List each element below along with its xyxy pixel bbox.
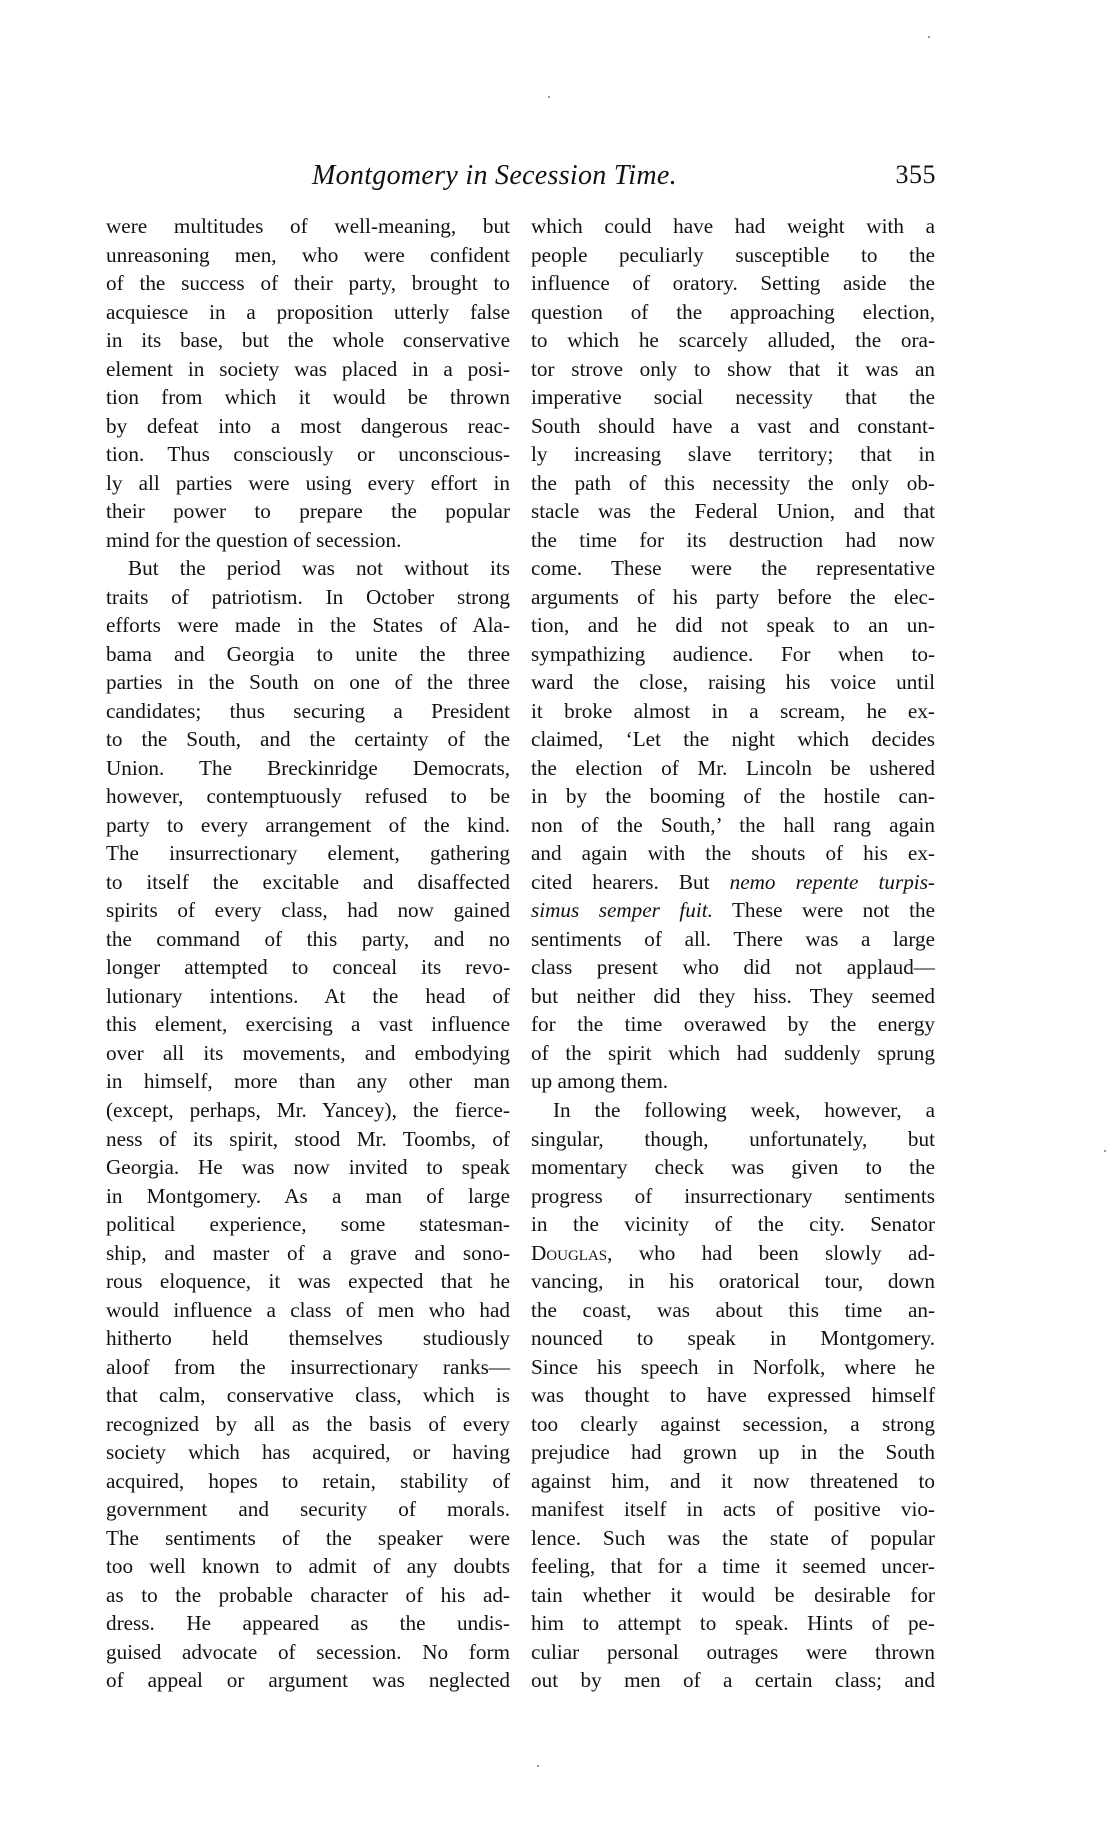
text-line: however, contemptuously refused to be: [106, 782, 510, 811]
text-line: but neither did they hiss. They seemed: [531, 982, 935, 1011]
text-line: progress of insurrectionary sentiments: [531, 1182, 935, 1211]
text-line: party to every arrangement of the kind.: [106, 811, 510, 840]
text-line: tion, and he did not speak to an un-: [531, 611, 935, 640]
text-line: acquired, hopes to retain, stability of: [106, 1467, 510, 1496]
text-line: in Montgomery. As a man of large: [106, 1182, 510, 1211]
book-page: Montgomery in Secession Time. 355 were m…: [0, 0, 1120, 1825]
text-line: Douglas, who had been slowly ad-: [531, 1239, 935, 1268]
text-line: would influence a class of men who had: [106, 1296, 510, 1325]
paragraph: In the following week, however, a singul…: [531, 1096, 935, 1695]
text-line: sympathizing audience. For when to-: [531, 640, 935, 669]
text-line: unreasoning men, who were confident: [106, 241, 510, 270]
text-line: In the following week, however, a: [531, 1096, 935, 1125]
paragraph: which could have had weight with a peopl…: [531, 212, 935, 1096]
text-line: tain whether it would be desirable for: [531, 1581, 935, 1610]
page-number: 355: [896, 160, 937, 190]
text-line: to which he scarcely alluded, the ora-: [531, 326, 935, 355]
text-line: in himself, more than any other man: [106, 1067, 510, 1096]
text-line: aloof from the insurrectionary ranks—: [106, 1353, 510, 1382]
text-line: influence of oratory. Setting aside the: [531, 269, 935, 298]
text-line: imperative social necessity that the: [531, 383, 935, 412]
text-line: lutionary intentions. At the head of: [106, 982, 510, 1011]
scan-speck: [548, 96, 550, 98]
text-line: rous eloquence, it was expected that he: [106, 1267, 510, 1296]
text-line: government and security of morals.: [106, 1495, 510, 1524]
running-title: Montgomery in Secession Time.: [312, 160, 677, 192]
text-line: and again with the shouts of his ex-: [531, 839, 935, 868]
left-column: were multitudes of well-meaning, but unr…: [106, 212, 510, 1695]
text-line: efforts were made in the States of Ala-: [106, 611, 510, 640]
latin-phrase: simus semper fuit.: [531, 898, 713, 922]
text-line: longer attempted to conceal its revo-: [106, 953, 510, 982]
text-line: out by men of a certain class; and: [531, 1666, 935, 1695]
scan-speck: [1104, 1150, 1106, 1152]
text-line: parties in the South on one of the three: [106, 668, 510, 697]
text-line: the election of Mr. Lincoln be ushered: [531, 754, 935, 783]
text-line: people peculiarly susceptible to the: [531, 241, 935, 270]
text-line: acquiesce in a proposition utterly false: [106, 298, 510, 327]
text-line: against him, and it now threatened to: [531, 1467, 935, 1496]
text-line: sentiments of all. There was a large: [531, 925, 935, 954]
text-line: it broke almost in a scream, he ex-: [531, 697, 935, 726]
text-line: too well known to admit of any doubts: [106, 1552, 510, 1581]
name-small-caps: Douglas: [531, 1241, 607, 1265]
text-line: stacle was the Federal Union, and that: [531, 497, 935, 526]
text-line: hitherto held themselves studiously: [106, 1324, 510, 1353]
text-line: cited hearers. But nemo repente turpis-: [531, 868, 935, 897]
text-line: too clearly against secession, a strong: [531, 1410, 935, 1439]
text-line: their power to prepare the popular: [106, 497, 510, 526]
text-line: spirits of every class, had now gained: [106, 896, 510, 925]
text-line: to the South, and the certainty of the: [106, 725, 510, 754]
text-line: manifest itself in acts of positive vio-: [531, 1495, 935, 1524]
text-line: candidates; thus securing a President: [106, 697, 510, 726]
text-line: political experience, some statesman-: [106, 1210, 510, 1239]
text-line: arguments of his party before the elec-: [531, 583, 935, 612]
text-line: the coast, was about this time an-: [531, 1296, 935, 1325]
scan-speck: [928, 36, 930, 38]
text-line: non of the South,’ the hall rang again: [531, 811, 935, 840]
text-line: prejudice had grown up in the South: [531, 1438, 935, 1467]
text-line: the path of this necessity the only ob-: [531, 469, 935, 498]
text-line: culiar personal outrages were thrown: [531, 1638, 935, 1667]
paragraph: were multitudes of well-meaning, but unr…: [106, 212, 510, 554]
text-line: ward the close, raising his voice until: [531, 668, 935, 697]
scan-speck: [537, 1765, 539, 1767]
text-line: of appeal or argument was neglected: [106, 1666, 510, 1695]
text-run: cited hearers. But: [531, 870, 709, 894]
text-line: dress. He appeared as the undis-: [106, 1609, 510, 1638]
text-line: in the vicinity of the city. Senator: [531, 1210, 935, 1239]
text-line: were multitudes of well-meaning, but: [106, 212, 510, 241]
text-line: element in society was placed in a posi-: [106, 355, 510, 384]
text-line: recognized by all as the basis of every: [106, 1410, 510, 1439]
text-line: tion from which it would be thrown: [106, 383, 510, 412]
text-line: The sentiments of the speaker were: [106, 1524, 510, 1553]
text-line: over all its movements, and embodying: [106, 1039, 510, 1068]
text-line: ly increasing slave territory; that in: [531, 440, 935, 469]
text-line: Georgia. He was now invited to speak: [106, 1153, 510, 1182]
text-line: ly all parties were using every effort i…: [106, 469, 510, 498]
text-line: But the period was not without its: [106, 554, 510, 583]
text-line: class present who did not applaud—: [531, 953, 935, 982]
text-line: come. These were the representative: [531, 554, 935, 583]
text-line: ness of its spirit, stood Mr. Toombs, of: [106, 1125, 510, 1154]
text-line: simus semper fuit. These were not the: [531, 896, 935, 925]
text-line: of the spirit which had suddenly sprung: [531, 1039, 935, 1068]
text-line: as to the probable character of his ad-: [106, 1581, 510, 1610]
text-line: Since his speech in Norfolk, where he: [531, 1353, 935, 1382]
text-line: feeling, that for a time it seemed uncer…: [531, 1552, 935, 1581]
text-line: that calm, conservative class, which is: [106, 1381, 510, 1410]
text-line: ship, and master of a grave and sono-: [106, 1239, 510, 1268]
text-line: in by the booming of the hostile can-: [531, 782, 935, 811]
text-line: claimed, ‘Let the night which decides: [531, 725, 935, 754]
text-line: Union. The Breckinridge Democrats,: [106, 754, 510, 783]
text-line: by defeat into a most dangerous reac-: [106, 412, 510, 441]
text-line: guised advocate of secession. No form: [106, 1638, 510, 1667]
running-head: Montgomery in Secession Time. 355: [106, 160, 936, 194]
text-line: South should have a vast and constant-: [531, 412, 935, 441]
text-line: the time for its destruction had now: [531, 526, 935, 555]
text-line: momentary check was given to the: [531, 1153, 935, 1182]
text-line: the command of this party, and no: [106, 925, 510, 954]
text-line: vancing, in his oratorical tour, down: [531, 1267, 935, 1296]
text-line: to itself the excitable and disaffected: [106, 868, 510, 897]
text-line: this element, exercising a vast influenc…: [106, 1010, 510, 1039]
text-line: nounced to speak in Montgomery.: [531, 1324, 935, 1353]
text-line: in its base, but the whole conservative: [106, 326, 510, 355]
text-line: bama and Georgia to unite the three: [106, 640, 510, 669]
text-run: , who had been slowly ad-: [607, 1241, 935, 1265]
paragraph: But the period was not without its trait…: [106, 554, 510, 1695]
text-line: up among them.: [531, 1067, 935, 1096]
text-line: (except, perhaps, Mr. Yancey), the fierc…: [106, 1096, 510, 1125]
text-line: The insurrectionary element, gathering: [106, 839, 510, 868]
text-line: singular, though, unfortunately, but: [531, 1125, 935, 1154]
text-line: traits of patriotism. In October strong: [106, 583, 510, 612]
text-line: tor strove only to show that it was an: [531, 355, 935, 384]
text-line: lence. Such was the state of popular: [531, 1524, 935, 1553]
text-line: tion. Thus consciously or unconscious-: [106, 440, 510, 469]
text-line: question of the approaching election,: [531, 298, 935, 327]
text-line: society which has acquired, or having: [106, 1438, 510, 1467]
latin-phrase: nemo repente turpis-: [730, 870, 935, 894]
text-line: which could have had weight with a: [531, 212, 935, 241]
right-column: which could have had weight with a peopl…: [531, 212, 935, 1695]
text-line: mind for the question of secession.: [106, 526, 510, 555]
text-run: These were not the: [732, 898, 935, 922]
text-line: of the success of their party, brought t…: [106, 269, 510, 298]
text-line: was thought to have expressed himself: [531, 1381, 935, 1410]
text-line: him to attempt to speak. Hints of pe-: [531, 1609, 935, 1638]
text-line: for the time overawed by the energy: [531, 1010, 935, 1039]
